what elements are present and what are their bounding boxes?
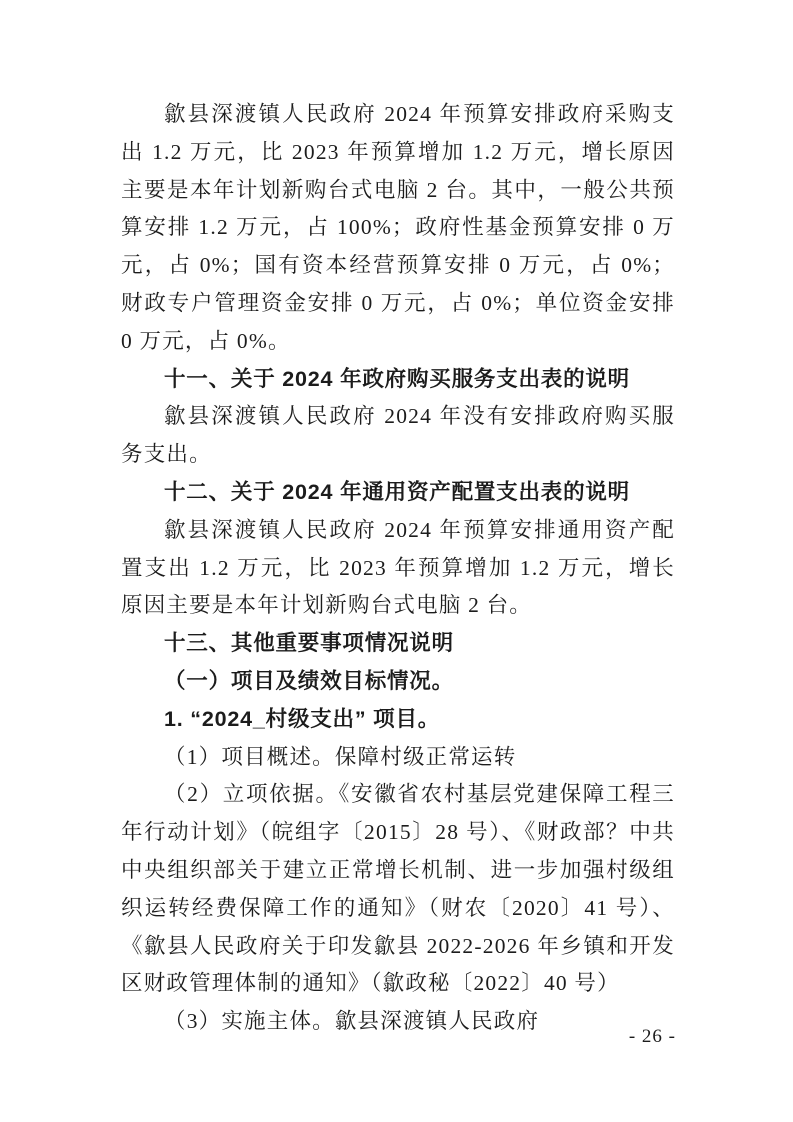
heading-section-12-general-asset-allocation: 十二、关于 2024 年通用资产配置支出表的说明 — [121, 474, 675, 512]
page-number: - 26 - — [629, 1026, 676, 1048]
para-project-implementer: （3）实施主体。歙县深渡镇人民政府 — [121, 1003, 675, 1041]
para-section-12-body: 歙县深渡镇人民政府 2024 年预算安排通用资产配置支出 1.2 万元，比 20… — [121, 512, 675, 625]
heading-section-13-other-important-matters: 十三、其他重要事项情况说明 — [121, 625, 675, 663]
heading-subsection-1-project-performance: （一）项目及绩效目标情况。 — [121, 663, 675, 701]
document-page: 歙县深渡镇人民政府 2024 年预算安排政府采购支出 1.2 万元，比 2023… — [0, 0, 793, 1122]
heading-section-11-gov-purchase-services: 十一、关于 2024 年政府购买服务支出表的说明 — [121, 361, 675, 399]
para-project-overview: （1）项目概述。保障村级正常运转 — [121, 739, 675, 777]
heading-project-2024-village-expenditure: 1. “2024_村级支出” 项目。 — [121, 701, 675, 739]
para-section-11-body: 歙县深渡镇人民政府 2024 年没有安排政府购买服务支出。 — [121, 398, 675, 474]
document-content: 歙县深渡镇人民政府 2024 年预算安排政府采购支出 1.2 万元，比 2023… — [121, 96, 675, 1041]
para-project-approval-basis: （2）立项依据。《安徽省农村基层党建保障工程三年行动计划》（皖组字〔2015〕2… — [121, 776, 675, 1003]
para-gov-procurement-budget: 歙县深渡镇人民政府 2024 年预算安排政府采购支出 1.2 万元，比 2023… — [121, 96, 675, 361]
